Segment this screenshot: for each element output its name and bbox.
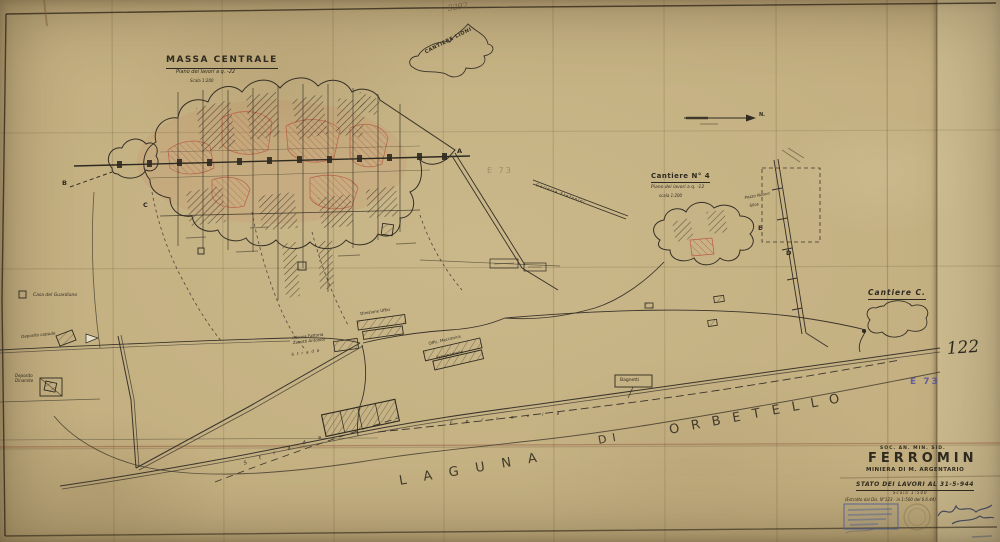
massa-centrale-title: MASSA CENTRALE <box>166 55 278 69</box>
cantiere-4-title: Cantiere N° 4 <box>651 172 710 183</box>
title-mine: MINIERA DI M. ARGENTARIO <box>866 467 964 474</box>
cantiere-c-outline <box>859 301 928 352</box>
e73-blue-mark: E 73 <box>910 377 940 389</box>
north-label: N. <box>759 112 765 119</box>
cantiere-4-scale: scala 1:200 <box>659 193 682 198</box>
bagnetti-label: Bagnetti <box>620 378 639 384</box>
massa-centrale-scale: Scala 1:200 <box>190 78 214 83</box>
casa-guardiano-label: Casa del Guardiano <box>33 293 77 299</box>
direzione-buildings <box>357 314 407 339</box>
gallery-label-boxes <box>420 259 560 271</box>
incline-label-smudge <box>782 148 804 162</box>
massa-centrale-workings <box>70 78 628 350</box>
signature <box>938 505 994 524</box>
point-a: A <box>457 147 462 155</box>
flag-symbol <box>86 334 98 343</box>
stamps-signature <box>844 504 994 537</box>
casa-guardiano-symbol <box>19 291 26 298</box>
map-sheet: MASSA CENTRALE Piano dei lavori a q. -22… <box>0 0 1000 542</box>
cantiere-lioni-island <box>410 24 493 77</box>
cantiere-4-dashed-boundary <box>762 168 820 242</box>
cantiere-4-outline <box>654 202 754 264</box>
e73-pencil-mark: E 73 <box>487 166 513 176</box>
title-note: (Estratto dal Dis. N°123 - in 1:500 del … <box>845 497 936 502</box>
mid-right-road <box>505 310 866 330</box>
north-arrow <box>684 115 756 125</box>
nuova-fattoria-building <box>333 338 358 351</box>
cantiere-4-plan: Piano dei lavori a q. -12 <box>651 185 704 191</box>
sheet-number: 122 <box>946 336 980 360</box>
title-company: FERROMIN <box>868 451 978 468</box>
cantiere-c-label: Cantiere C. <box>868 288 926 300</box>
adit-lines <box>452 153 628 290</box>
deposito-capsule-building <box>56 330 76 346</box>
round-stamp <box>904 504 930 530</box>
deposito-dinamite-building <box>40 378 62 396</box>
point-c: C <box>143 201 148 209</box>
massa-centrale-plan: Piano dei lavori a q. -22 <box>176 69 235 76</box>
point-b: B <box>62 179 67 187</box>
point-d: D <box>786 249 791 257</box>
point-e: E <box>758 224 762 232</box>
title-scale: Scala 1:500 <box>893 490 928 495</box>
deposito-dinamite-label: Deposito Dinamite <box>15 373 33 383</box>
